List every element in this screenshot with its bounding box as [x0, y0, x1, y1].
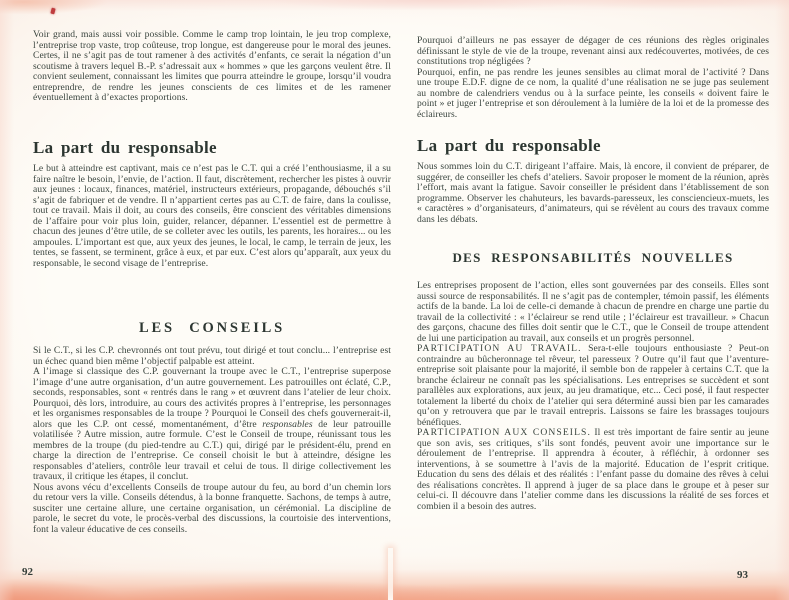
right-intro-paragraph-1: Pourquoi d’ailleurs ne pas essayer de dé… [417, 36, 769, 68]
right-participation-conseils-paragraph: PARTICIPATION AUX CONSEILS. Il est très … [417, 428, 769, 512]
page-number-92: 92 [22, 566, 33, 578]
page-spread: Voir grand, mais aussi voir possible. Co… [0, 0, 789, 600]
right-edge-texture [775, 0, 789, 600]
left-heading-les-conseils: LES CONSEILS [33, 320, 391, 337]
left-conseils-paragraph-2: A l’image si classique des C.P. gouverna… [33, 367, 391, 483]
right-participation-travail-body: Sera-t-elle toujours enthousiaste ? Peut… [417, 343, 769, 428]
left-conseils-paragraph-2-end: de leur patrouille volatilisée ? Autre m… [33, 419, 391, 483]
right-participation-travail-paragraph: PARTICIPATION AU TRAVAIL. Sera-t-elle to… [417, 344, 769, 428]
right-intro-block: Pourquoi d’ailleurs ne pas essayer de dé… [417, 36, 769, 120]
left-conseils-paragraph-1: Si le C.T., si les C.P. chevronnés ont t… [33, 346, 391, 367]
left-conseils-paragraph-2-italic: responsables [262, 419, 312, 430]
left-conseils-paragraph-3: Nous avons vécu d’excellents Conseils de… [33, 483, 391, 536]
right-heading-part-du-responsable: La part du responsable [417, 136, 769, 156]
right-nouvelles-block: Les entreprises proposent de l’action, e… [417, 281, 769, 512]
right-responsable-paragraph: Nous sommes loin du C.T. dirigeant l’aff… [417, 162, 769, 225]
right-participation-conseils-body: Il est très important de faire sentir au… [417, 427, 769, 512]
left-heading-part-du-responsable: La part du responsable [33, 138, 391, 158]
left-conseils-block: Si le C.T., si les C.P. chevronnés ont t… [33, 346, 391, 535]
right-page: Pourquoi d’ailleurs ne pas essayer de dé… [417, 0, 769, 600]
right-heading-responsabilites-nouvelles: DES RESPONSABILITÉS NOUVELLES [417, 250, 769, 266]
page-number-93: 93 [737, 569, 748, 581]
right-participation-conseils-lead: PARTICIPATION AUX CONSEILS. [417, 427, 591, 438]
left-responsable-paragraph: Le but à atteindre est captivant, mais c… [33, 164, 391, 269]
left-page: Voir grand, mais aussi voir possible. Co… [33, 0, 391, 600]
right-intro-paragraph-2: Pourquoi, enfin, ne pas rendre les jeune… [417, 68, 769, 121]
right-nouvelles-paragraph: Les entreprises proposent de l’action, e… [417, 281, 769, 344]
left-edge-texture [0, 0, 14, 600]
right-participation-travail-lead: PARTICIPATION AU TRAVAIL. [417, 343, 582, 354]
left-intro-paragraph: Voir grand, mais aussi voir possible. Co… [33, 30, 391, 104]
